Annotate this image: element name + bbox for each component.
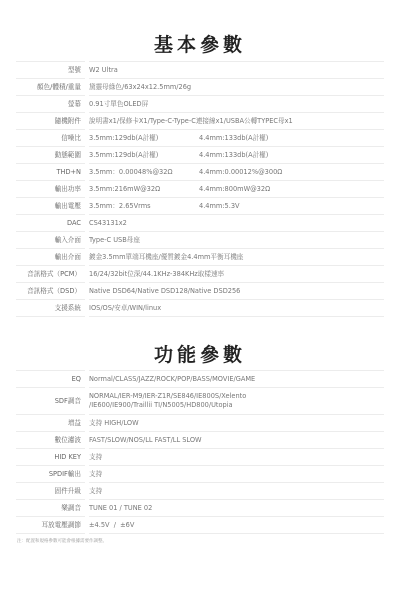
- spec-label: 數位濾波: [16, 431, 85, 448]
- spec-row-digital-filter: 數位濾波 FAST/SLOW/NOS/LL FAST/LL SLOW: [16, 431, 384, 448]
- spec-row-color-size-weight: 顏色/體積/重量 黛靈母綠色/63x24x12.5mm/26g: [16, 78, 384, 95]
- basic-params-title: 基本參數: [0, 30, 400, 57]
- spec-value: W2 Ultra: [89, 61, 384, 78]
- spec-value: 鍍金3.5mm單端耳機座/優質鍍金4.4mm平衡耳機座: [89, 248, 384, 265]
- spec-label: 耳放電壓調節: [16, 516, 85, 534]
- spec-row-input-interface: 輸入介面 Type-C USB母座: [16, 231, 384, 248]
- spec-label: 信噪比: [16, 129, 85, 146]
- spec-value-3-5mm: 3.5mm:216mW@32Ω: [89, 181, 199, 197]
- spec-value: 3.5mm：0.00048%@32Ω 4.4mm:0.00012%@300Ω: [89, 163, 384, 180]
- spec-row-dac: DAC CS43131x2: [16, 214, 384, 231]
- spec-value-3-5mm: 3.5mm:129db(A計權): [89, 130, 199, 146]
- spec-label: 增益: [16, 414, 85, 431]
- spec-label: 動態範圍: [16, 146, 85, 163]
- spec-row-gain: 增益 支持 HIGH/LOW: [16, 414, 384, 431]
- spec-row-hid-key: HID KEY 支持: [16, 448, 384, 465]
- spec-row-firmware-upgrade: 固件升級 支持: [16, 482, 384, 499]
- spec-value: 說明書x1/保修卡X1/Type-C-Type-C連接線x1/USBA公轉TYP…: [89, 112, 384, 129]
- spec-row-sdf-tuning: SDF調音 NORMAL/IER-M9/IER-Z1R/SE846/IE800S…: [16, 387, 384, 414]
- function-params-title: 功能參數: [0, 340, 400, 367]
- spec-value: 支持: [89, 482, 384, 499]
- spec-row-pcm: 音訊格式（PCM） 16/24/32bit位深/44.1KHz-384KHz取樣…: [16, 265, 384, 282]
- spec-value: IOS/OS/安卓/WIN/linux: [89, 299, 384, 317]
- spec-value: 支持: [89, 465, 384, 482]
- spec-row-thdn: THD+N 3.5mm：0.00048%@32Ω 4.4mm:0.00012%@…: [16, 163, 384, 180]
- spec-value: NORMAL/IER-M9/IER-Z1R/SE846/IE800S/Xelen…: [89, 387, 384, 414]
- spec-row-spdif-output: SPDIF輸出 支持: [16, 465, 384, 482]
- spec-row-amp-voltage: 耳放電壓調節 ±4.5V / ±6V: [16, 516, 384, 534]
- spec-row-output-voltage: 輸出電壓 3.5mm：2.65Vrms 4.4mm:5.3V: [16, 197, 384, 214]
- spec-value: 3.5mm:216mW@32Ω 4.4mm:800mW@32Ω: [89, 180, 384, 197]
- spec-row-eq: EQ Normal/CLASS/JAZZ/ROCK/POP/BASS/MOVIE…: [16, 370, 384, 387]
- spec-value: CS43131x2: [89, 214, 384, 231]
- basic-params-table: 型號 W2 Ultra 顏色/體積/重量 黛靈母綠色/63x24x12.5mm/…: [16, 61, 384, 317]
- spec-label: SPDIF輸出: [16, 465, 85, 482]
- spec-row-output-interface: 輸出介面 鍍金3.5mm單端耳機座/優質鍍金4.4mm平衡耳機座: [16, 248, 384, 265]
- spec-label: 樂調音: [16, 499, 85, 516]
- spec-value-4-4mm: 4.4mm:800mW@32Ω: [199, 181, 270, 197]
- spec-row-dsd: 音訊格式（DSD） Native DSD64/Native DSD128/Nat…: [16, 282, 384, 299]
- spec-label: 隨機附件: [16, 112, 85, 129]
- spec-value: FAST/SLOW/NOS/LL FAST/LL SLOW: [89, 431, 384, 448]
- spec-row-accessories: 隨機附件 說明書x1/保修卡X1/Type-C-Type-C連接線x1/USBA…: [16, 112, 384, 129]
- spec-label: 螢幕: [16, 95, 85, 112]
- spec-value-3-5mm: 3.5mm:129db(A計權): [89, 147, 199, 163]
- spec-value: 黛靈母綠色/63x24x12.5mm/26g: [89, 78, 384, 95]
- spec-value-4-4mm: 4.4mm:133db(A計權): [199, 130, 268, 146]
- spec-value: ±4.5V / ±6V: [89, 516, 384, 534]
- spec-value-4-4mm: 4.4mm:5.3V: [199, 198, 240, 214]
- spec-value: 支持 HIGH/LOW: [89, 414, 384, 431]
- spec-label: HID KEY: [16, 448, 85, 465]
- spec-row-screen: 螢幕 0.91寸單色OLED屏: [16, 95, 384, 112]
- spec-label: 輸出功率: [16, 180, 85, 197]
- spec-value: 16/24/32bit位深/44.1KHz-384KHz取樣速率: [89, 265, 384, 282]
- spec-label: EQ: [16, 370, 85, 387]
- spec-label: 顏色/體積/重量: [16, 78, 85, 95]
- spec-row-supported-systems: 支援系統 IOS/OS/安卓/WIN/linux: [16, 299, 384, 317]
- spec-label: DAC: [16, 214, 85, 231]
- spec-value-4-4mm: 4.4mm:0.00012%@300Ω: [199, 164, 282, 180]
- spec-value-4-4mm: 4.4mm:133db(A計權): [199, 147, 268, 163]
- spec-label: 輸入介面: [16, 231, 85, 248]
- spec-row-dynamic-range: 動態範圍 3.5mm:129db(A計權) 4.4mm:133db(A計權): [16, 146, 384, 163]
- spec-value-line: /IE600/IE900/Traillii TI/N5005/HD800/Uto…: [89, 401, 384, 410]
- spec-value-3-5mm: 3.5mm：0.00048%@32Ω: [89, 164, 199, 180]
- spec-value: 3.5mm：2.65Vrms 4.4mm:5.3V: [89, 197, 384, 214]
- spec-row-model: 型號 W2 Ultra: [16, 61, 384, 78]
- spec-value-3-5mm: 3.5mm：2.65Vrms: [89, 198, 199, 214]
- footnote: 注：配置和規格參數可能會根據需要作調整。: [17, 538, 107, 544]
- spec-value: 支持: [89, 448, 384, 465]
- spec-label: 型號: [16, 61, 85, 78]
- function-params-table: EQ Normal/CLASS/JAZZ/ROCK/POP/BASS/MOVIE…: [16, 370, 384, 534]
- spec-value: 3.5mm:129db(A計權) 4.4mm:133db(A計權): [89, 129, 384, 146]
- spec-value: Type-C USB母座: [89, 231, 384, 248]
- spec-label: 輸出介面: [16, 248, 85, 265]
- spec-label: 音訊格式（PCM）: [16, 265, 85, 282]
- spec-value: 0.91寸單色OLED屏: [89, 95, 384, 112]
- spec-value: 3.5mm:129db(A計權) 4.4mm:133db(A計權): [89, 146, 384, 163]
- spec-value: TUNE 01 / TUNE 02: [89, 499, 384, 516]
- spec-label: 輸出電壓: [16, 197, 85, 214]
- spec-value: Native DSD64/Native DSD128/Native DSD256: [89, 282, 384, 299]
- spec-label: 支援系統: [16, 299, 85, 317]
- spec-label: SDF調音: [16, 387, 85, 414]
- spec-value-line: NORMAL/IER-M9/IER-Z1R/SE846/IE800S/Xelen…: [89, 392, 384, 401]
- spec-row-tuning: 樂調音 TUNE 01 / TUNE 02: [16, 499, 384, 516]
- spec-value: Normal/CLASS/JAZZ/ROCK/POP/BASS/MOVIE/GA…: [89, 370, 384, 387]
- spec-label: 固件升級: [16, 482, 85, 499]
- spec-label: 音訊格式（DSD）: [16, 282, 85, 299]
- spec-row-snr: 信噪比 3.5mm:129db(A計權) 4.4mm:133db(A計權): [16, 129, 384, 146]
- spec-row-output-power: 輸出功率 3.5mm:216mW@32Ω 4.4mm:800mW@32Ω: [16, 180, 384, 197]
- spec-label: THD+N: [16, 163, 85, 180]
